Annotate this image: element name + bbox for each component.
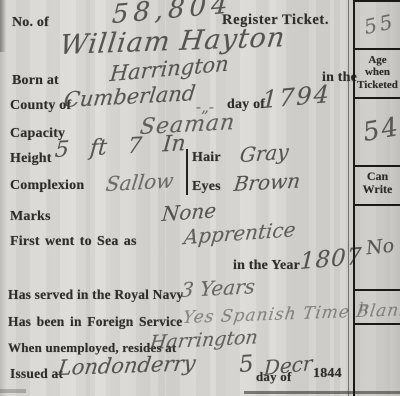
in-the-year-label: in the Year [233, 258, 300, 274]
issued-at-label: Issued at [10, 366, 63, 382]
age-value-box: 54 [355, 99, 400, 167]
column-overflow-box: h [355, 291, 400, 325]
foreign-service-label: Has been in Foreign Service [8, 314, 182, 330]
eyes-label: Eyes [192, 179, 221, 195]
eyes-value-handwritten: Brown [233, 168, 302, 196]
complexion-label: Complexion [10, 178, 84, 194]
birth-year-handwritten: 1794 [261, 80, 331, 114]
bottom-left-smudge [0, 389, 26, 393]
issued-year-value: 1844 [313, 366, 342, 382]
height-value-handwritten: 5 ft 7 In [54, 131, 187, 163]
navy-value-handwritten: 3 Years [180, 274, 257, 302]
hair-label: Hair [192, 150, 221, 166]
height-label: Height [10, 151, 52, 167]
no-of-label: No. of [12, 15, 49, 31]
hair-value-handwritten: Gray [239, 139, 290, 167]
marks-value-handwritten: None [161, 198, 217, 226]
marks-label: Marks [10, 209, 51, 225]
age-when-ticketed-header: Age when Ticketed [355, 50, 400, 99]
age-value-handwritten: 54 [361, 112, 400, 148]
royal-navy-label: Has served in the Royal Navy [8, 287, 183, 303]
right-column: 55 Age when Ticketed 54 Can Write No h [353, 0, 400, 396]
issued-month-handwritten: Decr [263, 351, 313, 380]
hair-eyes-divider-line [186, 149, 188, 195]
scan-edge-shadow [0, 0, 6, 52]
column-empty-box [355, 325, 400, 396]
complexion-value-handwritten: Sallow [105, 168, 175, 196]
paper-fold-line [334, 0, 340, 396]
issued-place-handwritten: Londonderry [56, 351, 197, 380]
first-went-to-sea-label: First went to Sea as [10, 234, 137, 250]
register-ticket-document: No. of Register Ticket. Born at in the C… [0, 0, 400, 396]
can-write-value-box: No [355, 206, 400, 291]
column-top-box: 55 [355, 0, 400, 50]
issued-day-handwritten: 5 [238, 351, 254, 378]
paper-fold-line [268, 0, 276, 396]
born-at-label: Born at [12, 73, 59, 89]
county-value-handwritten: Cumberland [63, 81, 197, 112]
can-write-value-handwritten: No [365, 235, 395, 260]
ink-overflow-mark: h [358, 299, 369, 318]
paper-fold-line [300, 0, 309, 396]
seaman-name-handwritten: William Hayton [58, 22, 287, 61]
column-mark-handwritten: 55 [362, 9, 398, 39]
column-inner-line [348, 0, 349, 396]
unemployed-value-handwritten: Harrington [149, 326, 259, 354]
can-write-header: Can Write [355, 167, 400, 206]
